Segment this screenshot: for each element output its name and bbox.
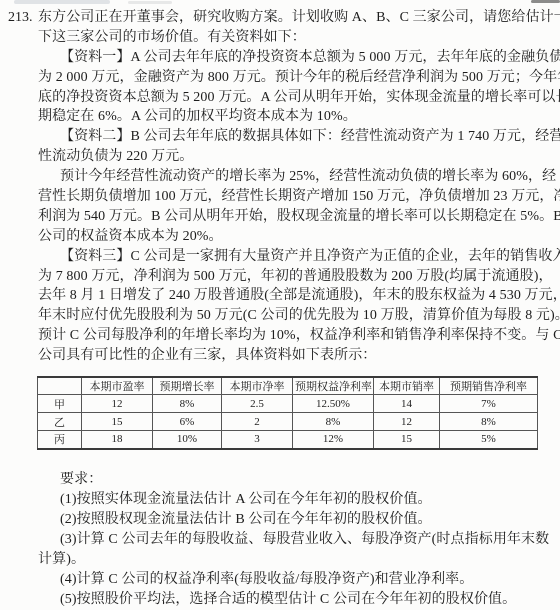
table-header-row: 本期市盈率 预期增长率 本期市净率 预期权益净利率 本期市销率 预期销售净利率	[38, 377, 538, 395]
table-row: 甲 12 8% 2.5 12.50% 14 7%	[38, 395, 538, 413]
text-line: 底的净投资资本总额为 5 200 万元。A 公司从明年开始，实体现金流量的增长率…	[38, 88, 554, 108]
requirement-item: (3)计算 C 公司去年的每股收益、每股营业收入、每股净资产(时点指标用年末数	[38, 530, 554, 550]
table-cell: 7%	[440, 395, 538, 413]
table-header-cell: 本期市销率	[374, 377, 440, 395]
text-line: 营性长期负债增加 100 万元，经营性长期资产增加 150 万元，净负债增加 2…	[38, 187, 554, 207]
text-line: 性流动负债为 220 万元。	[38, 147, 554, 167]
table-header-cell: 预期权益净利率	[293, 377, 374, 395]
table-header-cell: 本期市净率	[222, 377, 293, 395]
scan-artifact-top-right	[531, 0, 560, 3]
table-cell: 10%	[153, 431, 222, 449]
text-line: 利润为 540 万元。B 公司从明年开始，股权现金流量的增长率可以长期稳定在 5…	[38, 207, 554, 227]
table-cell: 15	[374, 431, 440, 449]
table-cell: 乙	[38, 413, 82, 431]
requirements-section: 要求： (1)按照实体现金流量法估计 A 公司在今年年初的股权价值。 (2)按照…	[38, 470, 554, 610]
text-line-material3-start: 【资料三】C 公司是一家拥有大量资产并且净资产为正值的企业，去年的销售收入	[38, 247, 554, 267]
text-line: 期稳定在 6%。A 公司的加权平均资本成本为 10%。	[38, 107, 554, 127]
table-cell: 8%	[293, 413, 374, 431]
table-cell: 18	[82, 431, 153, 449]
text-line: 去年 8 月 1 日增发了 240 万股普通股(全部是流通股)，年末的股东权益为…	[38, 286, 554, 306]
question-number: 213.	[8, 8, 33, 28]
text-line: 东方公司正在开董事会，研究收购方案。计划收购 A、B、C 三家公司，请您给估计一	[38, 8, 554, 28]
table-cell: 2	[222, 413, 293, 431]
comparable-companies-table: 本期市盈率 预期增长率 本期市净率 预期权益净利率 本期市销率 预期销售净利率 …	[37, 376, 539, 450]
text-line: 预计今年经营性流动资产的增长率为 25%，经营性流动负债的增长率为 60%，经	[38, 167, 554, 187]
table-cell: 15	[82, 413, 153, 431]
table-cell: 12%	[293, 431, 374, 449]
text-line: 年末时应付优先股股利为 50 万元(C 公司的优先股为 10 万股，清算价值为每…	[38, 306, 554, 326]
text-line: 下这三家公司的市场价值。有关资料如下：	[38, 28, 554, 48]
table-cell: 12	[374, 413, 440, 431]
text-line: 为 7 800 万元，净利润为 500 万元，年初的普通股股数为 200 万股(…	[38, 267, 554, 287]
table-header-cell: 预期增长率	[153, 377, 222, 395]
requirement-item: (4)计算 C 公司的权益净利率(每股收益/每股净资产)和营业净利率。	[38, 570, 554, 590]
text-line: 公司具有可比性的企业有三家，具体资料如下表所示：	[38, 346, 554, 366]
table-cell: 甲	[38, 395, 82, 413]
requirement-item-continuation: 计算)。	[38, 550, 554, 570]
text-line: 公司的权益资本成本为 20%。	[38, 227, 554, 247]
table-header-cell	[38, 377, 82, 395]
text-line-material1-start: 【资料一】A 公司去年年底的净投资资本总额为 5 000 万元，去年年底的金融负…	[38, 48, 554, 68]
question-body: 东方公司正在开董事会，研究收购方案。计划收购 A、B、C 三家公司，请您给估计一…	[38, 8, 554, 366]
table-cell: 14	[374, 395, 440, 413]
table-cell: 2.5	[222, 395, 293, 413]
table-cell: 12.50%	[293, 395, 374, 413]
requirement-item: (2)按照股权现金流量法估计 B 公司在今年年初的股权价值。	[38, 510, 554, 530]
table-row: 丙 18 10% 3 12% 15 5%	[38, 431, 538, 449]
scanned-textbook-page: 213. 东方公司正在开董事会，研究收购方案。计划收购 A、B、C 三家公司，请…	[0, 0, 560, 610]
table-cell: 5%	[440, 431, 538, 449]
text-line: 预计 C 公司每股净利的年增长率均为 10%，权益净利率和销售净利率保持不变。与…	[38, 326, 554, 346]
table-cell: 12	[82, 395, 153, 413]
table-header-cell: 预期销售净利率	[440, 377, 538, 395]
requirement-item: (5)按照股价平均法，选择合适的模型估计 C 公司在今年年初的股权价值。	[38, 590, 554, 610]
text-line: 为 2 000 万元，金融资产为 800 万元。预计今年的税后经营净利润为 50…	[38, 68, 554, 88]
requirement-item: (1)按照实体现金流量法估计 A 公司在今年年初的股权价值。	[38, 490, 554, 510]
table-cell: 6%	[153, 413, 222, 431]
table-cell: 3	[222, 431, 293, 449]
requirements-label: 要求：	[38, 470, 554, 490]
table-cell: 8%	[440, 413, 538, 431]
table-cell: 8%	[153, 395, 222, 413]
text-line-material2-start: 【资料二】B 公司去年年底的数据具体如下：经营性流动资产为 1 740 万元，经…	[38, 127, 554, 147]
table-header-cell: 本期市盈率	[82, 377, 153, 395]
table-row: 乙 15 6% 2 8% 12 8%	[38, 413, 538, 431]
scan-artifact-top-middle	[128, 1, 172, 4]
table-cell: 丙	[38, 431, 82, 449]
scan-artifact-top-left	[14, 0, 110, 4]
